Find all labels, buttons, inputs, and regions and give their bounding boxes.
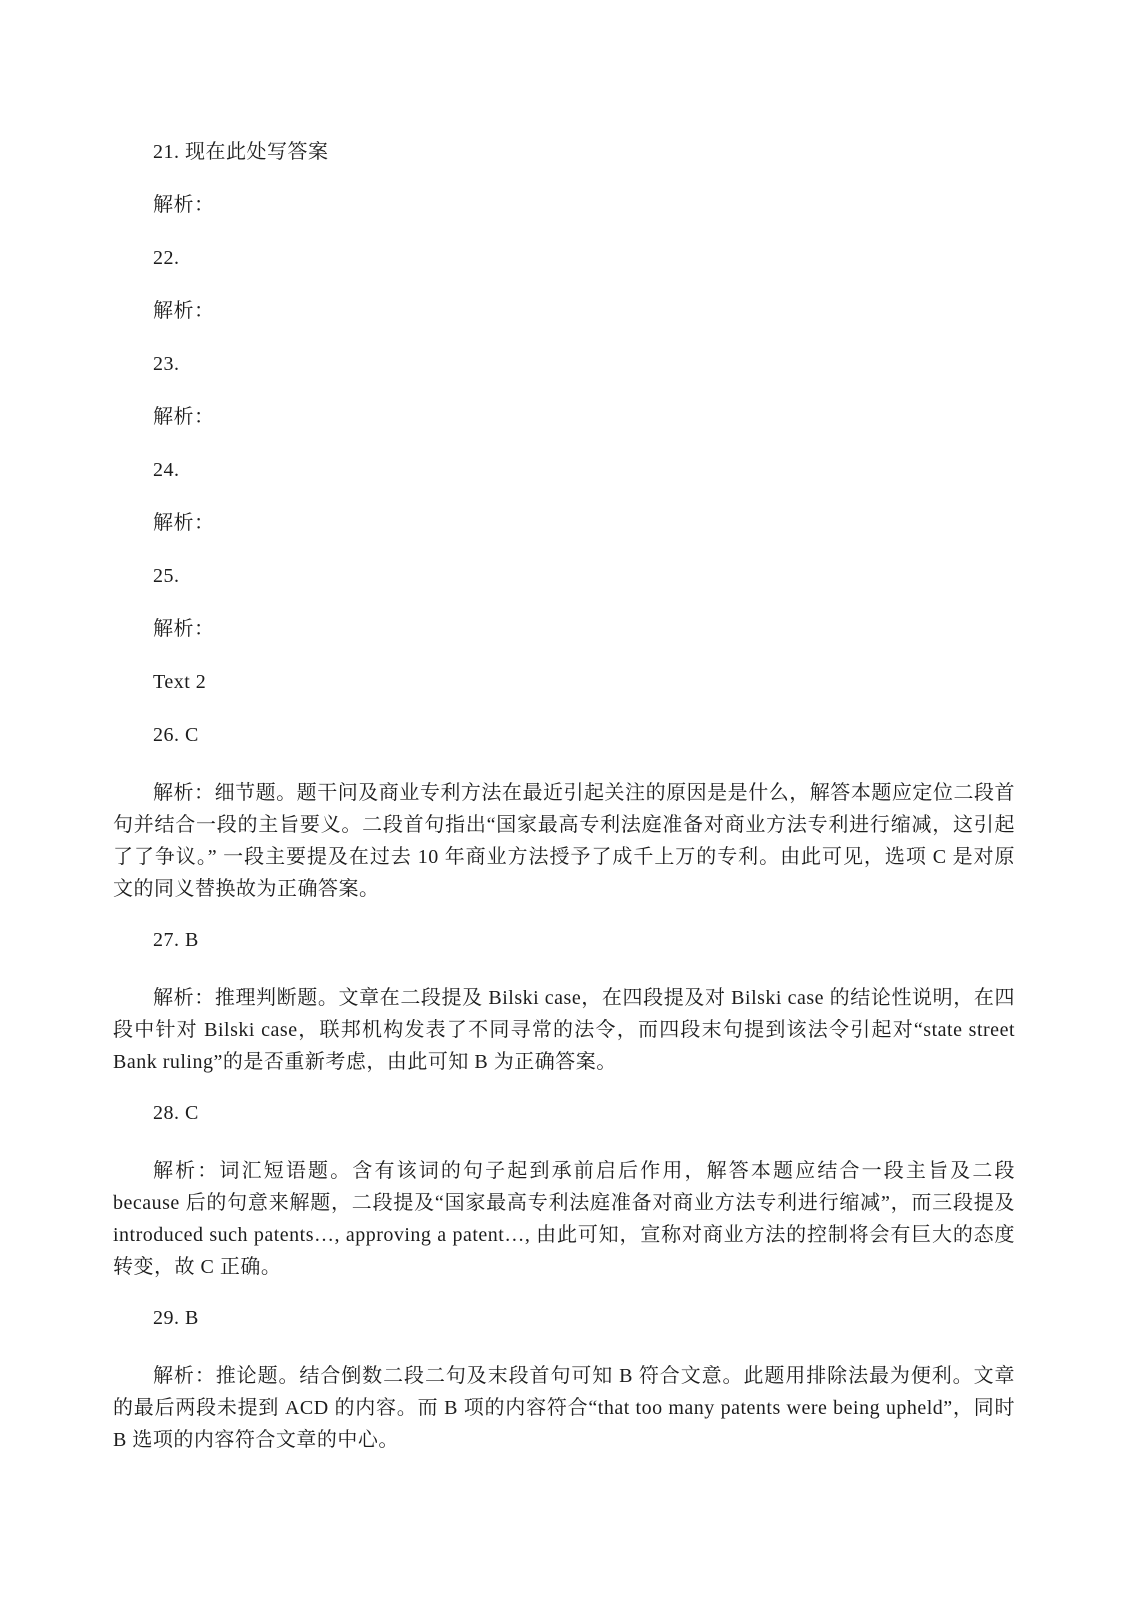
analysis-label-25: 解析： <box>113 618 1015 640</box>
text2-section-heading: Text 2 <box>113 671 1015 693</box>
analysis-28-paragraph: 解析：词汇短语题。含有该词的句子起到承前启后作用，解答本题应结合一段主旨及二段 … <box>113 1155 1015 1283</box>
document-page: 21. 现在此处写答案 解析： 22. 解析： 23. 解析： 24. 解析： … <box>0 0 1131 1600</box>
answer-27-line: 27. B <box>113 929 1015 951</box>
question-24-line: 24. <box>113 459 1015 481</box>
analysis-label-21: 解析： <box>113 194 1015 216</box>
analysis-label-23: 解析： <box>113 406 1015 428</box>
answer-28-line: 28. C <box>113 1102 1015 1124</box>
question-25-line: 25. <box>113 565 1015 587</box>
answer-26-line: 26. C <box>113 724 1015 746</box>
answer-29-line: 29. B <box>113 1307 1015 1329</box>
question-21-line: 21. 现在此处写答案 <box>113 141 1015 163</box>
analysis-29-paragraph: 解析：推论题。结合倒数二段二句及末段首句可知 B 符合文意。此题用排除法最为便利… <box>113 1360 1015 1456</box>
question-22-line: 22. <box>113 247 1015 269</box>
analysis-26-paragraph: 解析：细节题。题干问及商业专利方法在最近引起关注的原因是是什么，解答本题应定位二… <box>113 777 1015 905</box>
analysis-label-24: 解析： <box>113 512 1015 534</box>
question-23-line: 23. <box>113 353 1015 375</box>
analysis-27-paragraph: 解析：推理判断题。文章在二段提及 Bilski case，在四段提及对 Bils… <box>113 982 1015 1078</box>
analysis-label-22: 解析： <box>113 300 1015 322</box>
